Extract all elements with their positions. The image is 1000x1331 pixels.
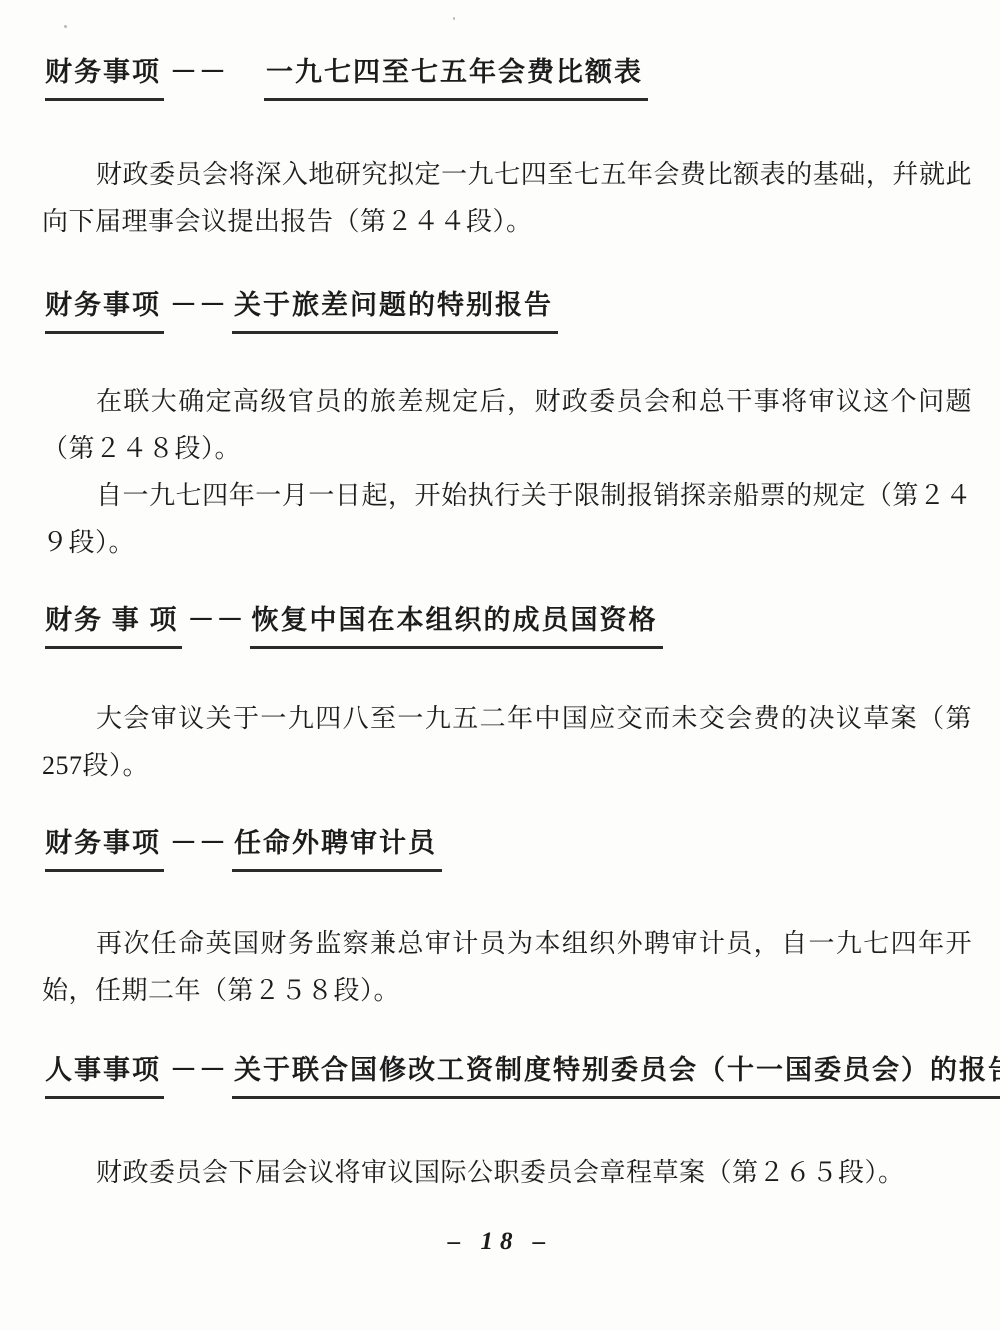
scan-speck: [64, 25, 67, 28]
page-footer: – 18 –: [0, 1228, 1000, 1256]
section-heading: 财务事项－－关于旅差问题的特别报告: [45, 287, 1000, 334]
section-external-auditor: 财务事项－－任命外聘审计员 再次任命英国财务监察兼总审计员为本组织外聘审计员，自…: [0, 825, 1000, 1014]
heading-dashes: －－: [164, 825, 232, 861]
heading-topic: 财务事项: [45, 287, 164, 334]
section-heading: 财务 事 项－－恢复中国在本组织的成员国资格: [45, 602, 1000, 649]
page-number: – 18 –: [448, 1228, 553, 1256]
heading-topic: 人事事项: [45, 1052, 164, 1099]
heading-title: 一九七四至七五年会费比额表: [264, 54, 648, 101]
heading-dashes: －－: [182, 602, 250, 638]
heading-topic: 财务 事 项: [45, 602, 182, 649]
section-heading: 财务事项－－一九七四至七五年会费比额表: [45, 54, 1000, 101]
heading-dashes: －－: [164, 1052, 232, 1088]
paragraph: 再次任命英国财务监察兼总审计员为本组织外聘审计员，自一九七四年开始，任期二年（第…: [42, 920, 972, 1014]
heading-title: 关于联合国修改工资制度特别委员会（十一国委员会）的报告: [232, 1052, 1000, 1099]
paragraph: 财政委员会下届会议将审议国际公职委员会章程草案（第２６５段）。: [42, 1149, 972, 1196]
heading-title: 任命外聘审计员: [232, 825, 442, 872]
paragraph: 大会审议关于一九四八至一九五二年中国应交而未交会费的决议草案（第257段）。: [42, 695, 972, 789]
paragraph: 财政委员会将深入地研究拟定一九七四至七五年会费比额表的基础，幷就此向下届理事会议…: [42, 151, 972, 245]
section-personnel-salary-committee: 人事事项－－关于联合国修改工资制度特别委员会（十一国委员会）的报告 财政委员会下…: [0, 1052, 1000, 1196]
heading-topic: 财务事项: [45, 825, 164, 872]
heading-title: 关于旅差问题的特别报告: [232, 287, 558, 334]
paragraph: 自一九七四年一月一日起，开始执行关于限制报销探亲船票的规定（第２４９段）。: [42, 472, 972, 566]
paragraph: 在联大确定高级官员的旅差规定后，财政委员会和总干事将审议这个问题（第２４８段）。: [42, 378, 972, 472]
heading-dashes: －－: [164, 287, 232, 323]
document-page: 财务事项－－一九七四至七五年会费比额表 财政委员会将深入地研究拟定一九七四至七五…: [0, 0, 1000, 1331]
heading-topic: 财务事项: [45, 54, 164, 101]
section-heading: 人事事项－－关于联合国修改工资制度特别委员会（十一国委员会）的报告: [45, 1052, 1000, 1099]
heading-dashes: －－: [164, 54, 232, 90]
section-fees-scale: 财务事项－－一九七四至七五年会费比额表 财政委员会将深入地研究拟定一九七四至七五…: [0, 54, 1000, 245]
section-china-membership: 财务 事 项－－恢复中国在本组织的成员国资格 大会审议关于一九四八至一九五二年中…: [0, 602, 1000, 789]
heading-title: 恢复中国在本组织的成员国资格: [250, 602, 663, 649]
section-travel-report: 财务事项－－关于旅差问题的特别报告 在联大确定高级官员的旅差规定后，财政委员会和…: [0, 287, 1000, 566]
section-heading: 财务事项－－任命外聘审计员: [45, 825, 1000, 872]
scan-speck: [453, 17, 455, 20]
